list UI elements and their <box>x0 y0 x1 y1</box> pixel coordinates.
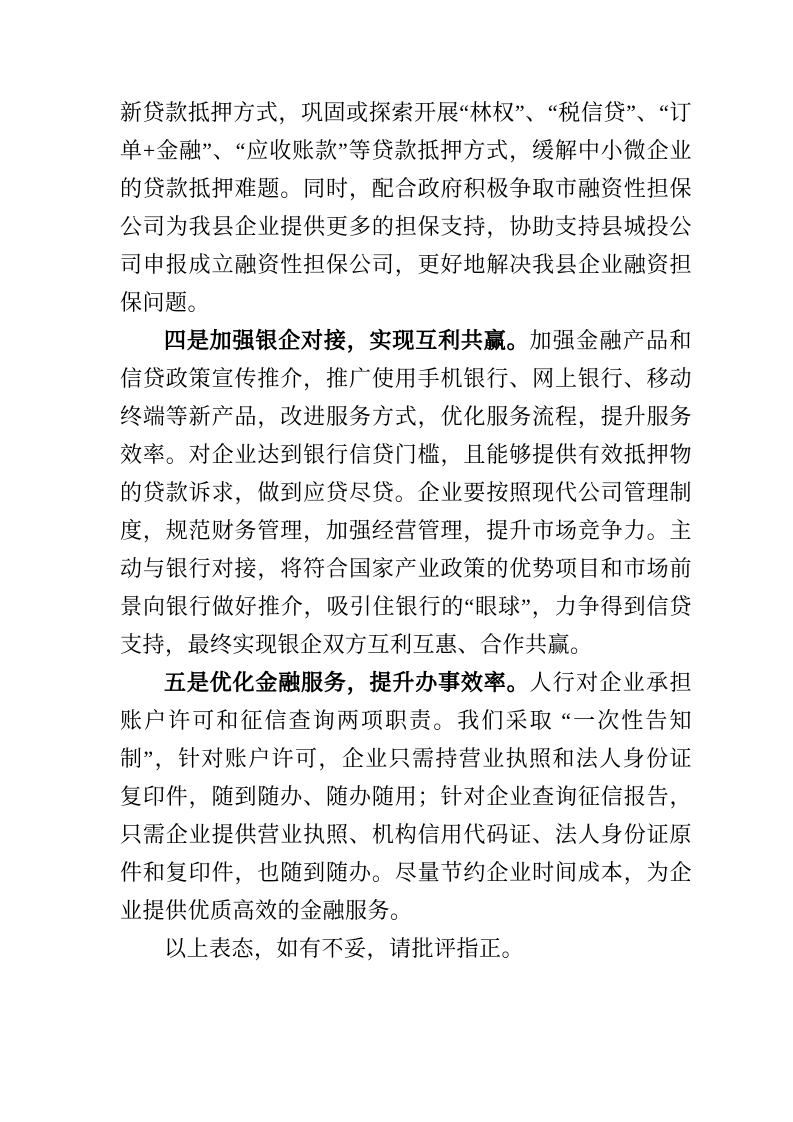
document-body: 新贷款抵押方式，巩固或探索开展“林权”、“税信贷”、“订单+金融”、“应收账款”… <box>120 94 692 968</box>
paragraph-text: 人行对企业承担账户许可和征信查询两项职责。我们采取 “一次性告知制”，针对账户许… <box>120 670 692 923</box>
paragraph: 以上表态，如有不妥，请批评指正。 <box>120 930 692 968</box>
document-page: 新贷款抵押方式，巩固或探索开展“林权”、“税信贷”、“订单+金融”、“应收账款”… <box>0 0 793 1122</box>
paragraph: 五是优化金融服务，提升办事效率。人行对企业承担账户许可和征信查询两项职责。我们采… <box>120 664 692 930</box>
paragraph-text: 新贷款抵押方式，巩固或探索开展“林权”、“税信贷”、“订单+金融”、“应收账款”… <box>120 100 692 315</box>
paragraph-lead: 四是加强银企对接，实现互利共赢。 <box>164 328 529 353</box>
paragraph-lead: 五是优化金融服务，提升办事效率。 <box>164 670 529 695</box>
paragraph: 四是加强银企对接，实现互利共赢。加强金融产品和信贷政策宣传推介，推广使用手机银行… <box>120 322 692 664</box>
paragraph-text: 加强金融产品和信贷政策宣传推介，推广使用手机银行、网上银行、移动终端等新产品，改… <box>120 328 692 657</box>
paragraph-text: 以上表态，如有不妥，请批评指正。 <box>164 936 524 961</box>
paragraph: 新贷款抵押方式，巩固或探索开展“林权”、“税信贷”、“订单+金融”、“应收账款”… <box>120 94 692 322</box>
